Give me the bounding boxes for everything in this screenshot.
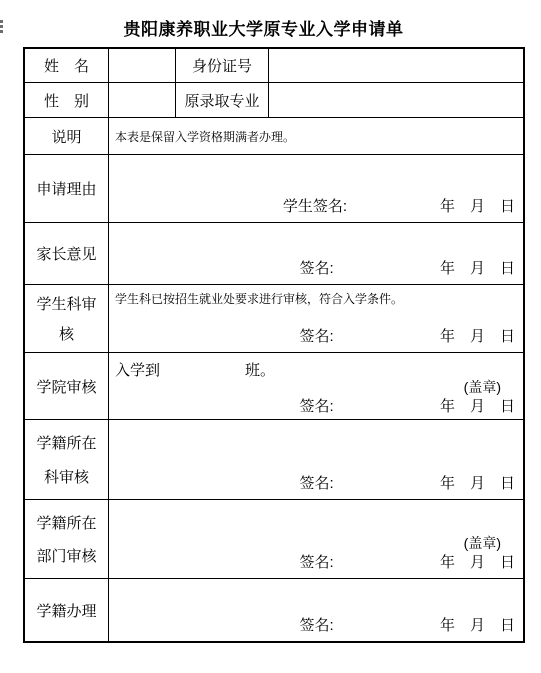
parent-opinion-write-area[interactable] [109, 223, 523, 257]
note-label: 说明 [25, 118, 109, 154]
row-application-reason: 申请理由 学生签名: 年 月 日 [25, 155, 523, 223]
date-placeholder: 年 月 日 [440, 614, 523, 635]
label-line: 学籍所在 [36, 432, 96, 453]
note-content: 本表是保留入学资格期满者办理。 [109, 118, 523, 154]
application-form-page: 贵阳康养职业大学原专业入学申请单 姓 名 身份证号 性 别 原录取专业 说明 本… [0, 0, 541, 673]
form-title: 贵阳康养职业大学原专业入学申请单 [0, 15, 527, 40]
name-input-cell[interactable] [109, 49, 176, 82]
application-reason-area[interactable]: 学生签名: 年 月 日 [109, 155, 523, 222]
row-student-section-review: 学生科审 核 学生科已按招生就业处要求进行审核，符合入学条件。 签名: 年 月 … [25, 285, 523, 353]
signature-label: 签名: [299, 472, 333, 493]
enroll-to-text: 入学到 [115, 362, 160, 379]
registry-dept-review-label: 学籍所在 部门审核 [25, 500, 109, 578]
application-reason-label: 申请理由 [25, 155, 109, 222]
gender-input-cell[interactable] [109, 83, 176, 117]
signature-label: 签名: [299, 395, 333, 416]
signature-label: 签名: [299, 551, 333, 572]
student-signature-label: 学生签名: [283, 195, 347, 216]
signature-label: 签名: [299, 325, 333, 346]
registry-dept-review-area: (盖章) 签名: 年 月 日 [109, 500, 523, 578]
gender-label: 性 别 [25, 83, 109, 117]
college-signature-line: 签名: 年 月 日 [109, 395, 523, 416]
application-reason-write-area[interactable] [109, 155, 523, 195]
id-number-input-cell[interactable] [269, 49, 523, 82]
date-placeholder: 年 月 日 [440, 472, 523, 493]
parent-signature-line: 签名: 年 月 日 [109, 257, 523, 278]
row-registry-section-review: 学籍所在 科审核 签名: 年 月 日 [25, 420, 523, 500]
registry-processing-signature-line: 签名: 年 月 日 [109, 614, 523, 635]
registry-processing-label: 学籍办理 [25, 579, 109, 641]
college-review-label: 学院审核 [25, 353, 109, 419]
label-line: 学籍所在 [36, 512, 96, 533]
date-placeholder: 年 月 日 [440, 395, 523, 416]
date-placeholder: 年 月 日 [440, 195, 523, 216]
seal-note: (盖章) [109, 380, 523, 395]
date-placeholder: 年 月 日 [440, 551, 523, 572]
row-name-id: 姓 名 身份证号 [25, 49, 523, 83]
row-parent-opinion: 家长意见 签名: 年 月 日 [25, 223, 523, 285]
row-note: 说明 本表是保留入学资格期满者办理。 [25, 118, 523, 155]
student-section-review-statement: 学生科已按招生就业处要求进行审核，符合入学条件。 [109, 285, 523, 307]
row-gender-major: 性 别 原录取专业 [25, 83, 523, 118]
seal-note: (盖章) [109, 536, 523, 551]
class-suffix-text: 班。 [245, 362, 275, 379]
parent-signature-label: 签名: [299, 257, 333, 278]
date-placeholder: 年 月 日 [440, 325, 523, 346]
label-line: 科审核 [44, 466, 89, 487]
registry-section-review-label: 学籍所在 科审核 [25, 420, 109, 499]
label-line: 学生科审 [36, 293, 96, 314]
original-major-input-cell[interactable] [269, 83, 523, 117]
registry-dept-signature-line: 签名: 年 月 日 [109, 551, 523, 572]
row-registry-processing: 学籍办理 签名: 年 月 日 [25, 579, 523, 641]
college-enrollment-statement: 入学到班。 [109, 353, 523, 380]
parent-opinion-label: 家长意见 [25, 223, 109, 284]
college-review-area: 入学到班。 (盖章) 签名: 年 月 日 [109, 353, 523, 419]
signature-label: 签名: [299, 614, 333, 635]
row-registry-dept-review: 学籍所在 部门审核 (盖章) 签名: 年 月 日 [25, 500, 523, 579]
parent-opinion-area[interactable]: 签名: 年 月 日 [109, 223, 523, 284]
original-major-label: 原录取专业 [176, 83, 269, 117]
label-line: 部门审核 [36, 545, 96, 566]
registry-processing-area: 签名: 年 月 日 [109, 579, 523, 641]
label-line: 核 [59, 323, 74, 344]
student-section-signature-line: 签名: 年 月 日 [109, 325, 523, 346]
application-form-table: 姓 名 身份证号 性 别 原录取专业 说明 本表是保留入学资格期满者办理。 申请… [23, 47, 525, 643]
row-college-review: 学院审核 入学到班。 (盖章) 签名: 年 月 日 [25, 353, 523, 420]
student-section-review-area: 学生科已按招生就业处要求进行审核，符合入学条件。 签名: 年 月 日 [109, 285, 523, 352]
id-number-label: 身份证号 [176, 49, 269, 82]
registry-section-review-area: 签名: 年 月 日 [109, 420, 523, 499]
student-signature-line: 学生签名: 年 月 日 [109, 195, 523, 216]
student-section-review-label: 学生科审 核 [25, 285, 109, 352]
registry-section-signature-line: 签名: 年 月 日 [109, 472, 523, 493]
date-placeholder: 年 月 日 [440, 257, 523, 278]
name-label: 姓 名 [25, 49, 109, 82]
